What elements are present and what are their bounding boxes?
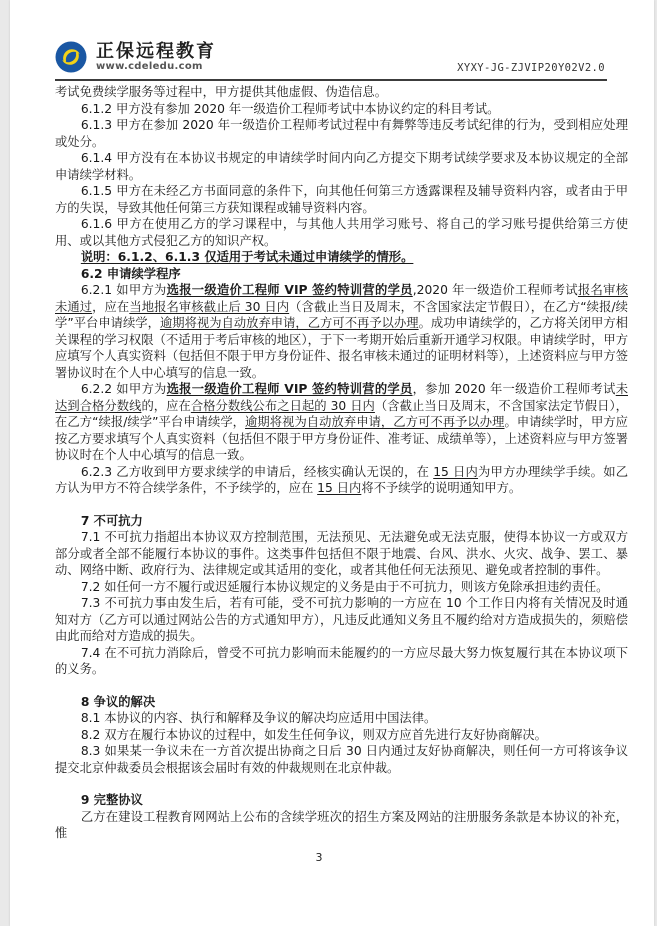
text-run: 逾期将视为自动放弃申请，乙方可不再予以办理 <box>245 415 504 429</box>
text-run: 6.1.3 甲方在参加 2020 年一级造价工程师考试过程中有舞弊等违反考试纪律… <box>55 118 628 149</box>
text-run: 当地报名审核截止后 30 日内 <box>129 300 289 314</box>
section-heading: 6.2 申请续学程序 <box>55 266 628 283</box>
text-run: 7.3 不可抗力事由发生后，若有可能，受不可抗力影响的一方应在 10 个工作日内… <box>55 596 628 643</box>
text-run: 说明：6.1.2、6.1.3 仅适用于考试未通过申请续学的情形。 <box>81 250 414 264</box>
text-run: 6.2.3 乙方收到甲方要求续学的申请后，经核实确认无误的，在 <box>81 465 433 479</box>
section-heading: 7 不可抗力 <box>55 513 628 530</box>
text-run: 考试免费续学服务等过程中，甲方提供其他虚假、伪造信息。 <box>55 85 387 99</box>
page-header: 正保远程教育 www.cdeledu.com XYXY-JG-ZJVIP20Y0… <box>10 0 654 81</box>
text-run: 6.1.5 甲方在未经乙方书面同意的条件下，向其他任何第三方透露课程及辅导资料内… <box>55 184 628 215</box>
swirl-logo-icon <box>55 41 87 73</box>
text-run: 选报一级造价工程师 VIP 签约特训营的学员 <box>167 283 413 297</box>
brand-url: www.cdeledu.com <box>96 61 216 72</box>
text-run: 7.1 不可抗力指超出本协议双方控制范围，无法预见、无法避免或无法克服，使得本协… <box>55 530 628 577</box>
text-run: 选报一级造价工程师 VIP 签约特训营的学员 <box>167 382 413 396</box>
paragraph: 7.1 不可抗力指超出本协议双方控制范围，无法预见、无法避免或无法克服，使得本协… <box>55 529 628 579</box>
paragraph: 7.3 不可抗力事由发生后，若有可能，受不可抗力影响的一方应在 10 个工作日内… <box>55 595 628 645</box>
paragraph: 8.2 双方在履行本协议的过程中，如发生任何争议，则双方应首先进行友好协商解决。 <box>55 727 628 744</box>
text-run: 的，应在 <box>141 399 190 413</box>
paragraph: 说明：6.1.2、6.1.3 仅适用于考试未通过申请续学的情形。 <box>55 249 628 266</box>
text-run: 6.2.2 如甲方为 <box>81 382 167 396</box>
brand-text: 正保远程教育 www.cdeledu.com <box>96 42 216 73</box>
text-run: 7.4 在不可抗力消除后，曾受不可抗力影响而未能履约的一方应尽最大努力恢复履行其… <box>55 646 628 677</box>
paragraph: 考试免费续学服务等过程中，甲方提供其他虚假、伪造信息。 <box>55 84 628 101</box>
document-body: 考试免费续学服务等过程中，甲方提供其他虚假、伪造信息。6.1.2 甲方没有参加 … <box>10 81 654 842</box>
paragraph: 8.3 如果某一争议未在一方首次提出协商之日后 30 日内通过友好协商解决，则任… <box>55 743 628 776</box>
page-number: 3 <box>10 851 628 864</box>
paragraph: 6.2.1 如甲方为选报一级造价工程师 VIP 签约特训营的学员,2020 年一… <box>55 282 628 381</box>
text-run: 将不予续学的说明通知甲方。 <box>361 481 521 495</box>
text-run: 6.2 申请续学程序 <box>81 267 181 281</box>
paragraph: 6.2.2 如甲方为选报一级造价工程师 VIP 签约特训营的学员，参加 2020… <box>55 381 628 464</box>
paragraph: 6.1.6 甲方在使用乙方的学习课程中，与其他人共用学习账号、将自己的学习账号提… <box>55 216 628 249</box>
section-heading: 9 完整协议 <box>55 792 628 809</box>
text-run: ,2020 年一级造价工程师考试 <box>413 283 578 297</box>
text-run: 8.3 如果某一争议未在一方首次提出协商之日后 30 日内通过友好协商解决，则任… <box>55 744 628 775</box>
text-run: 逾期将视为自动放弃申请，乙方可不再予以办理 <box>160 316 419 330</box>
text-run: 6.1.6 甲方在使用乙方的学习课程中，与其他人共用学习账号、将自己的学习账号提… <box>55 217 628 248</box>
text-run: ，应在 <box>92 300 129 314</box>
text-run: 6.2.1 如甲方为 <box>81 283 167 297</box>
text-run: 15 日内 <box>433 465 478 479</box>
paragraph: 6.1.5 甲方在未经乙方书面同意的条件下，向其他任何第三方透露课程及辅导资料内… <box>55 183 628 216</box>
paragraph: 7.2 如任何一方不履行或迟延履行本协议规定的义务是由于不可抗力，则该方免除承担… <box>55 579 628 596</box>
text-run: 7 不可抗力 <box>81 514 143 528</box>
paragraph: 6.2.3 乙方收到甲方要求续学的申请后，经核实确认无误的，在 15 日内为甲方… <box>55 464 628 497</box>
text-run: 8 争议的解决 <box>81 695 155 709</box>
paragraph: 6.1.2 甲方没有参加 2020 年一级造价工程师考试中本协议约定的科目考试。 <box>55 101 628 118</box>
brand-name: 正保远程教育 <box>96 42 216 62</box>
text-run: 15 日内 <box>317 481 361 495</box>
text-run: ，参加 2020 年一级造价工程师考试 <box>413 382 616 396</box>
paragraph: 乙方在建设工程教育网网站上公布的含续学班次的招生方案及网站的注册服务条款是本协议… <box>55 809 628 842</box>
document-page: 正保远程教育 www.cdeledu.com XYXY-JG-ZJVIP20Y0… <box>10 0 654 926</box>
paragraph: 8.1 本协议的内容、执行和解释及争议的解决均应适用中国法律。 <box>55 710 628 727</box>
text-run: 7.2 如任何一方不履行或迟延履行本协议规定的义务是由于不可抗力，则该方免除承担… <box>81 580 609 594</box>
text-run: 合格分数线公布之日起的 30 日内 <box>191 399 375 413</box>
document-code: XYXY-JG-ZJVIP20Y02V2.0 <box>457 62 605 74</box>
section-heading: 8 争议的解决 <box>55 694 628 711</box>
text-run: 6.1.2 甲方没有参加 2020 年一级造价工程师考试中本协议约定的科目考试。 <box>81 102 500 116</box>
paragraph: 6.1.3 甲方在参加 2020 年一级造价工程师考试过程中有舞弊等违反考试纪律… <box>55 117 628 150</box>
text-run: 8.1 本协议的内容、执行和解释及争议的解决均应适用中国法律。 <box>81 711 436 725</box>
text-run: 乙方在建设工程教育网网站上公布的含续学班次的招生方案及网站的注册服务条款是本协议… <box>55 810 628 841</box>
header-rule <box>55 79 607 81</box>
paragraph: 6.1.4 甲方没有在本协议书规定的申请续学时间内向乙方提交下期考试续学要求及本… <box>55 150 628 183</box>
text-run: 8.2 双方在履行本协议的过程中，如发生任何争议，则双方应首先进行友好协商解决。 <box>81 728 547 742</box>
paragraph: 7.4 在不可抗力消除后，曾受不可抗力影响而未能履约的一方应尽最大努力恢复履行其… <box>55 645 628 678</box>
text-run: 6.1.4 甲方没有在本协议书规定的申请续学时间内向乙方提交下期考试续学要求及本… <box>55 151 628 182</box>
text-run: 9 完整协议 <box>81 793 143 807</box>
